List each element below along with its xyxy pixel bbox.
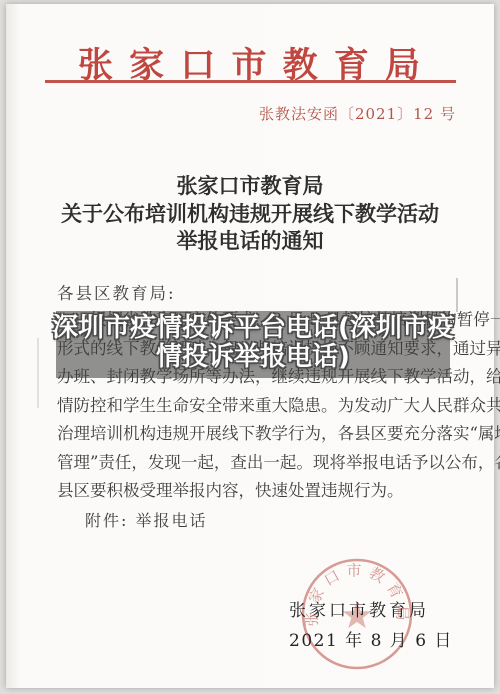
attachment-note: 附件: 举报电话 bbox=[85, 508, 207, 531]
body-line: 情防控和学生生命安全带来重大隐患。为发动广大人民群众共同 bbox=[57, 392, 457, 421]
overlay-banner: 深圳市疫情投诉平台电话(深圳市疫 情投诉举报电话) bbox=[56, 311, 450, 378]
body-line: 治理培训机构违规开展线下教学行为，各县区要充分落实“属地 bbox=[57, 420, 457, 449]
overlay-title-line: 深圳市疫情投诉平台电话(深圳市疫 bbox=[42, 314, 464, 343]
body-line: 管理”责任，发现一起，查出一起。现将举报电话予以公布，各 bbox=[57, 449, 457, 478]
salutation: 各县区教育局: bbox=[57, 280, 176, 304]
notice-title: 张家口市教育局 关于公布培训机构违规开展线下教学活动 举报电话的通知 bbox=[6, 172, 494, 255]
scanned-document-page: 张 家 口 市 教 育 局 张教法安函〔2021〕12 号 张家口市教育局 关于… bbox=[6, 4, 494, 688]
body-line: 县区要积极受理举报内容，快速处置违规行为。 bbox=[57, 477, 457, 506]
scan-artifact-line bbox=[37, 338, 39, 408]
notice-title-line: 关于公布培训机构违规开展线下教学活动 bbox=[6, 200, 494, 228]
notice-title-line: 张家口市教育局 bbox=[6, 172, 494, 200]
notice-title-line: 举报电话的通知 bbox=[6, 227, 494, 255]
scan-artifact-line bbox=[456, 278, 458, 312]
letterhead-rule bbox=[45, 80, 456, 83]
overlay-title: 深圳市疫情投诉平台电话(深圳市疫 情投诉举报电话) bbox=[42, 314, 464, 372]
overlay-title-line: 情投诉举报电话) bbox=[42, 343, 464, 372]
signature-agency: 张家口市教育局 bbox=[289, 596, 429, 621]
signature-date: 2021 年 8 月 6 日 bbox=[289, 626, 453, 651]
document-number: 张教法安函〔2021〕12 号 bbox=[259, 103, 456, 124]
